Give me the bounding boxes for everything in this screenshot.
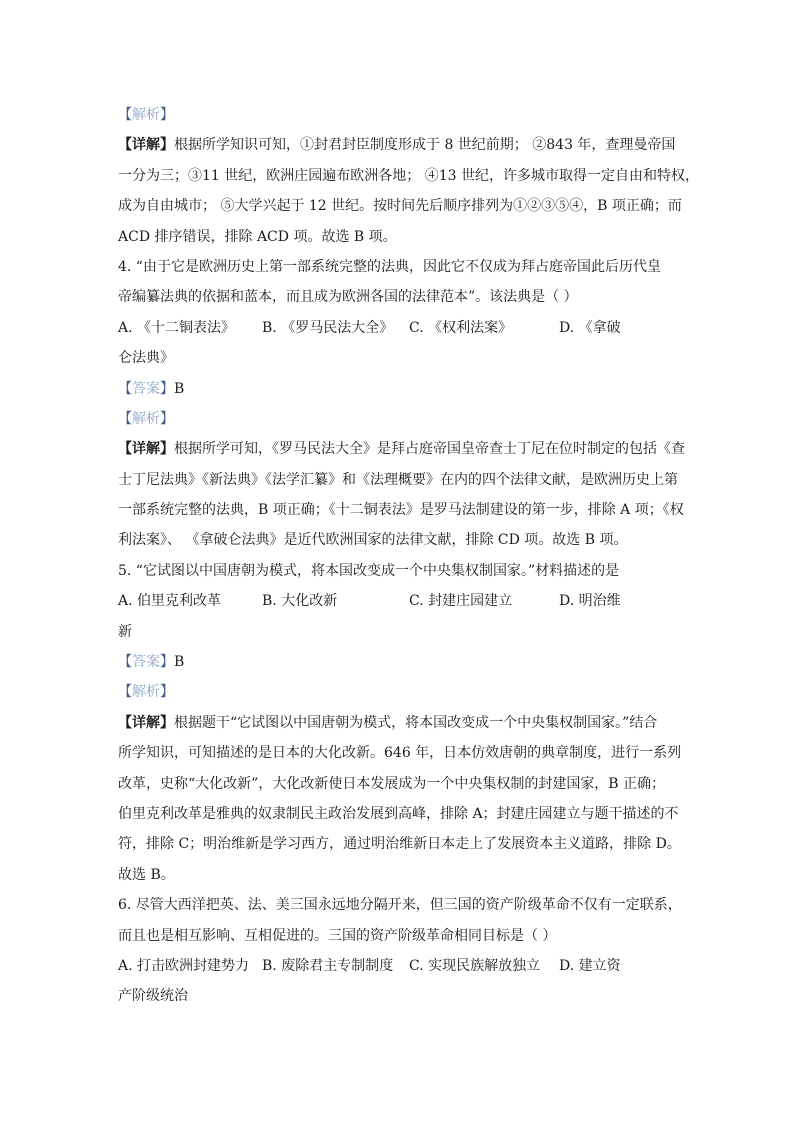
option-d[interactable]: D. 建立资 — [559, 951, 621, 981]
option-d-wrap: 新 — [118, 617, 690, 647]
option-a[interactable]: A. 打击欧洲封建势力 — [118, 951, 262, 981]
detail-line: ACD 排序错误，排除 ACD 项。故选 B 项。 — [118, 222, 690, 252]
question-6-stem: 6. 尽管大西洋把英、法、美三国永远地分隔开来，但三国的资产阶级革命不仅有一定联… — [118, 890, 690, 920]
option-c[interactable]: C. 实现民族解放独立 — [409, 951, 559, 981]
detail-line: 【详解】根据所学知识可知，①封君封臣制度形成于 8 世纪前期； ②843 年，查… — [118, 130, 690, 160]
question-4-stem: 4. “由于它是欧洲历史上第一部系统完整的法典，因此它不仅成为拜占庭帝国此后历代… — [118, 252, 690, 282]
detail-line: 士丁尼法典》《新法典》《法学汇纂》和《法理概要》在内的四个法律文献，是欧洲历史上… — [118, 465, 690, 495]
question-6-options: A. 打击欧洲封建势力 B. 废除君主专制制度 C. 实现民族解放独立 D. 建… — [118, 951, 690, 981]
option-a[interactable]: A. 《十二铜表法》 — [118, 313, 262, 343]
detail-line: 符，排除 C；明治维新是学习西方，通过明治维新日本走上了发展资本主义道路，排除 … — [118, 829, 690, 859]
document-content: 【解析】 【详解】根据所学知识可知，①封君封臣制度形成于 8 世纪前期； ②84… — [118, 100, 690, 1012]
option-c[interactable]: C. 封建庄园建立 — [409, 586, 559, 616]
detail-line: 所学知识，可知描述的是日本的大化改新。646 年，日本仿效唐朝的典章制度，进行一… — [118, 738, 690, 768]
option-c[interactable]: C. 《权利法案》 — [409, 313, 559, 343]
question-4-options: A. 《十二铜表法》 B. 《罗马民法大全》 C. 《权利法案》 D. 《拿破 — [118, 313, 690, 343]
detail-line: 故选 B。 — [118, 860, 690, 890]
answer-label: 【答案】B — [118, 647, 690, 677]
question-4-stem: 帝编纂法典的依据和蓝本，而且成为欧洲各国的法律范本”。该法典是（ ） — [118, 282, 690, 312]
option-d[interactable]: D. 《拿破 — [559, 313, 621, 343]
detail-line: 伯里克利改革是雅典的奴隶制民主政治发展到高峰，排除 A；封建庄园建立与题干描述的… — [118, 799, 690, 829]
answer-label: 【答案】B — [118, 374, 690, 404]
option-d-wrap: 仑法典》 — [118, 343, 690, 373]
option-b[interactable]: B. 《罗马民法大全》 — [262, 313, 409, 343]
option-b[interactable]: B. 大化改新 — [262, 586, 409, 616]
option-d[interactable]: D. 明治维 — [559, 586, 621, 616]
detail-line: 改革，史称“大化改新”，大化改新使日本发展成为一个中央集权制的封建国家，B 正确… — [118, 769, 690, 799]
option-d-wrap: 产阶级统治 — [118, 981, 690, 1011]
document-page: 【解析】 【详解】根据所学知识可知，①封君封臣制度形成于 8 世纪前期； ②84… — [0, 0, 793, 1122]
analysis-label: 【解析】 — [118, 404, 690, 434]
detail-line: 成为自由城市； ⑤大学兴起于 12 世纪。按时间先后顺序排列为①②③⑤④，B 项… — [118, 191, 690, 221]
detail-line: 利法案》、 《拿破仑法典》是近代欧洲国家的法律文献，排除 CD 项。故选 B 项… — [118, 525, 690, 555]
answer-value: B — [174, 654, 184, 670]
question-5-options: A. 伯里克利改革 B. 大化改新 C. 封建庄园建立 D. 明治维 — [118, 586, 690, 616]
option-b[interactable]: B. 废除君主专制制度 — [262, 951, 409, 981]
option-a[interactable]: A. 伯里克利改革 — [118, 586, 262, 616]
detail-line: 一部系统完整的法典，B 项正确；《十二铜表法》是罗马法制建设的第一步，排除 A … — [118, 495, 690, 525]
detail-line: 【详解】根据题干“它试图以中国唐朝为模式，将本国改变成一个中央集权制国家。”结合 — [118, 708, 690, 738]
detail-line: 【详解】根据所学可知，《罗马民法大全》是拜占庭帝国皇帝查士丁尼在位时制定的包括《… — [118, 434, 690, 464]
analysis-label: 【解析】 — [118, 677, 690, 707]
analysis-label: 【解析】 — [118, 100, 690, 130]
answer-value: B — [174, 381, 184, 397]
detail-line: 一分为三；③11 世纪，欧洲庄园遍布欧洲各地； ④13 世纪，许多城市取得一定自… — [118, 161, 690, 191]
question-6-stem: 而且也是相互影响、互相促进的。三国的资产阶级革命相同目标是（ ） — [118, 921, 690, 951]
question-5-stem: 5. “它试图以中国唐朝为模式，将本国改变成一个中央集权制国家。”材料描述的是 — [118, 556, 690, 586]
